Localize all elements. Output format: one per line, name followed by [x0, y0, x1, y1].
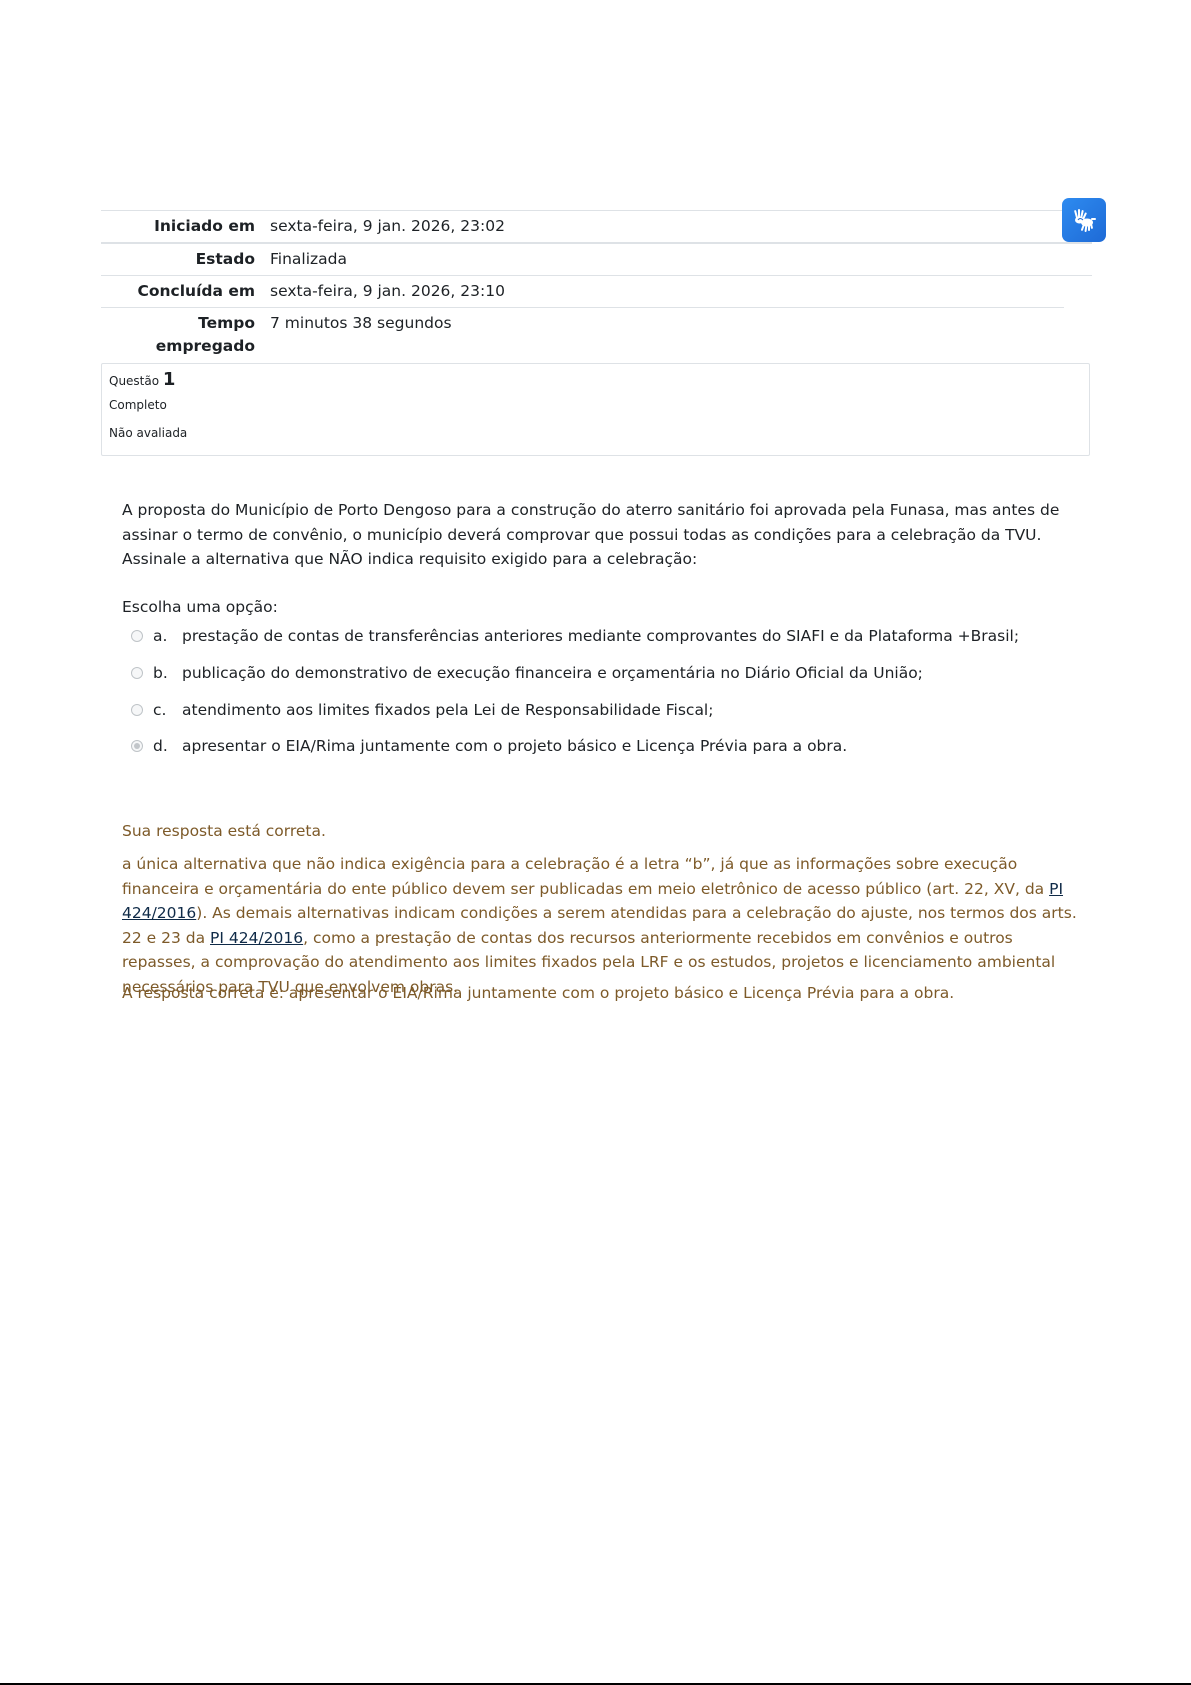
summary-row-completed: Concluída em sexta-feira, 9 jan. 2026, 2… [101, 275, 1092, 307]
question-text: A proposta do Município de Porto Dengoso… [122, 498, 1072, 572]
option-c[interactable]: c. atendimento aos limites fixados pela … [131, 699, 713, 721]
option-text: publicação do demonstrativo de execução … [182, 662, 923, 684]
summary-value: sexta-feira, 9 jan. 2026, 23:02 [255, 211, 505, 242]
attempt-summary-table: Iniciado em sexta-feira, 9 jan. 2026, 23… [101, 210, 1092, 362]
summary-label: Estado [101, 244, 255, 275]
radio-b[interactable] [131, 667, 143, 679]
summary-label-line2: empregado [156, 337, 255, 355]
radio-d-selected[interactable] [131, 740, 143, 752]
option-text: atendimento aos limites fixados pela Lei… [182, 699, 713, 721]
summary-label: Tempo empregado [101, 308, 255, 362]
option-letter: d. [153, 735, 182, 757]
question-number: Questão 1 [109, 370, 1082, 391]
feedback-status: Sua resposta está correta. [122, 819, 1082, 844]
summary-row-time-taken: Tempo empregado 7 minutos 38 segundos [101, 307, 1064, 362]
question-grade: Não avaliada [109, 425, 1082, 441]
summary-label: Iniciado em [101, 211, 255, 242]
question-number-value: 1 [163, 369, 176, 390]
option-a[interactable]: a. prestação de contas de transferências… [131, 625, 1019, 647]
sign-language-hands-icon [1070, 206, 1098, 234]
explanation-text: a única alternativa que não indica exigê… [122, 855, 1049, 898]
option-letter: c. [153, 699, 182, 721]
option-d[interactable]: d. apresentar o EIA/Rima juntamente com … [131, 735, 847, 757]
feedback-explanation: a única alternativa que não indica exigê… [122, 852, 1082, 999]
summary-label: Concluída em [101, 276, 255, 307]
summary-row-state: Estado Finalizada [101, 242, 1092, 275]
summary-value: Finalizada [255, 244, 347, 275]
summary-value: 7 minutos 38 segundos [255, 308, 452, 362]
question-number-prefix: Questão [109, 374, 159, 388]
question-state: Completo [109, 397, 1082, 413]
option-letter: a. [153, 625, 182, 647]
summary-value: sexta-feira, 9 jan. 2026, 23:10 [255, 276, 505, 307]
summary-row-started: Iniciado em sexta-feira, 9 jan. 2026, 23… [101, 210, 1092, 242]
option-letter: b. [153, 662, 182, 684]
option-b[interactable]: b. publicação do demonstrativo de execuç… [131, 662, 923, 684]
pi-424-2016-link[interactable]: PI 424/2016 [210, 929, 303, 947]
summary-label-line1: Tempo [198, 314, 255, 332]
accessibility-sign-language-button[interactable] [1062, 198, 1106, 242]
radio-c[interactable] [131, 704, 143, 716]
option-text: prestação de contas de transferências an… [182, 625, 1019, 647]
right-answer: A resposta correta é: apresentar o EIA/R… [122, 981, 1082, 1006]
answer-prompt: Escolha uma opção: [122, 596, 278, 618]
question-info-box: Questão 1 Completo Não avaliada [101, 363, 1090, 456]
option-text: apresentar o EIA/Rima juntamente com o p… [182, 735, 847, 757]
radio-a[interactable] [131, 630, 143, 642]
